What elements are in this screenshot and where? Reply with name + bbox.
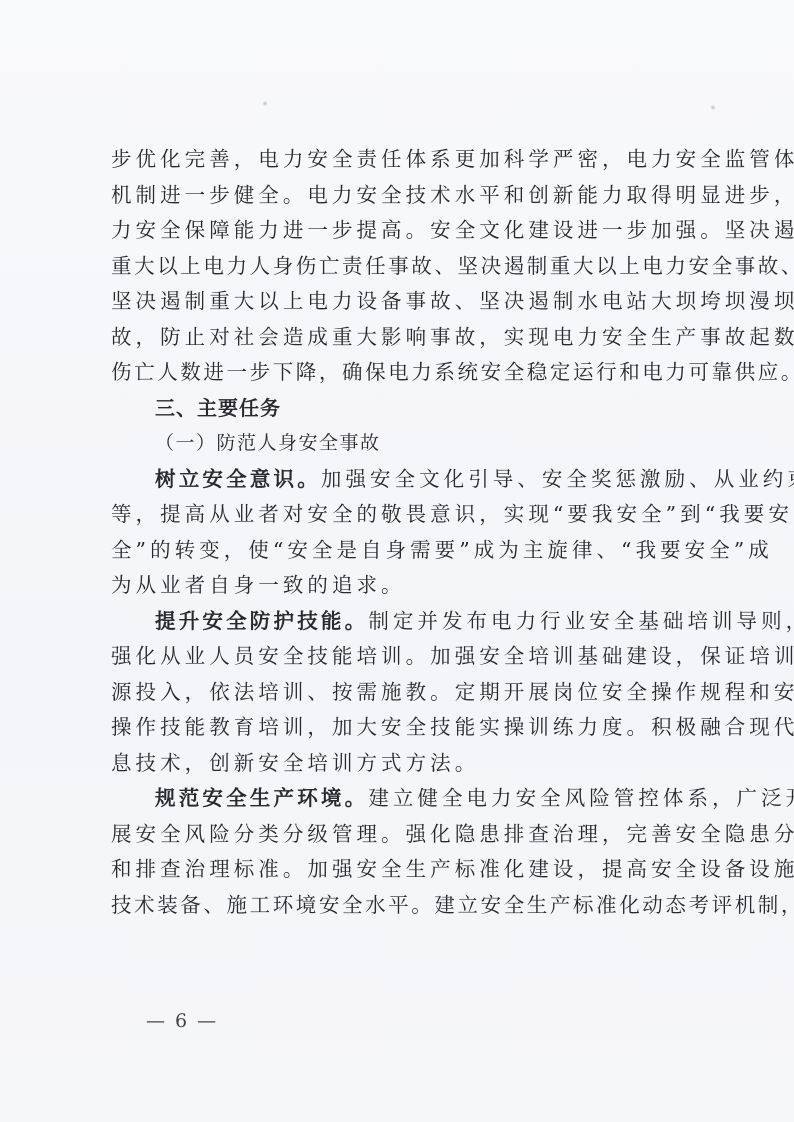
section-heading: 三、主要任务 bbox=[111, 391, 696, 427]
text-line: 和排查治理标准。加强安全生产标准化建设，提高安全设备设施、 bbox=[111, 852, 696, 888]
text-line: 技术装备、施工环境安全水平。建立安全生产标准化动态考评机制， bbox=[111, 888, 696, 924]
text-line: 为从业者自身一致的追求。 bbox=[111, 568, 696, 604]
text-line: 展安全风险分类分级管理。强化隐患排查治理，完善安全隐患分级 bbox=[111, 817, 696, 853]
paragraph-lead: 提升安全防护技能。 bbox=[155, 609, 368, 633]
scan-speck bbox=[710, 105, 716, 110]
paragraph-text: 建立健全电力安全风险管控体系，广泛开 bbox=[368, 786, 794, 810]
text-line: 全”的转变，使“安全是自身需要”成为主旋律、“我要安全”成 bbox=[111, 533, 696, 569]
text-line: 息技术，创新安全培训方式方法。 bbox=[111, 746, 696, 782]
paragraph-lead: 树立安全意识。 bbox=[155, 467, 321, 491]
text-line: 伤亡人数进一步下降，确保电力系统安全稳定运行和电力可靠供应。 bbox=[111, 355, 696, 391]
text-line: 机制进一步健全。电力安全技术水平和创新能力取得明显进步，电 bbox=[111, 178, 696, 214]
paragraph-first-line: 规范安全生产环境。建立健全电力安全风险管控体系，广泛开 bbox=[111, 781, 696, 817]
paragraph-text: 加强安全文化引导、安全奖惩激励、从业约束 bbox=[321, 467, 794, 491]
paragraph-text: 制定并发布电力行业安全基础培训导则， bbox=[368, 609, 794, 633]
text-line: 坚决遏制重大以上电力设备事故、坚决遏制水电站大坝垮坝漫坝事 bbox=[111, 284, 696, 320]
subsection-heading: （一）防范人身安全事故 bbox=[111, 426, 696, 462]
text-line: 故，防止对社会造成重大影响事故，实现电力安全生产事故起数和 bbox=[111, 320, 696, 356]
text-line: 源投入，依法培训、按需施教。定期开展岗位安全操作规程和安全 bbox=[111, 675, 696, 711]
paragraph-lead: 规范安全生产环境。 bbox=[155, 786, 368, 810]
text-line: 重大以上电力人身伤亡责任事故、坚决遏制重大以上电力安全事故、 bbox=[111, 249, 696, 285]
text-line: 操作技能教育培训，加大安全技能实操训练力度。积极融合现代信 bbox=[111, 710, 696, 746]
body-text: 步优化完善，电力安全责任体系更加科学严密，电力安全监管体制 机制进一步健全。电力… bbox=[111, 142, 696, 923]
document-page: 步优化完善，电力安全责任体系更加科学严密，电力安全监管体制 机制进一步健全。电力… bbox=[0, 0, 794, 1122]
paragraph-first-line: 树立安全意识。加强安全文化引导、安全奖惩激励、从业约束 bbox=[111, 462, 696, 498]
text-line: 强化从业人员安全技能培训。加强安全培训基础建设，保证培训资 bbox=[111, 639, 696, 675]
scan-speck bbox=[262, 101, 268, 106]
text-line: 等，提高从业者对安全的敬畏意识，实现“要我安全”到“我要安 bbox=[111, 497, 696, 533]
paragraph-first-line: 提升安全防护技能。制定并发布电力行业安全基础培训导则， bbox=[111, 604, 696, 640]
text-line: 力安全保障能力进一步提高。安全文化建设进一步加强。坚决遏制 bbox=[111, 213, 696, 249]
text-line: 步优化完善，电力安全责任体系更加科学严密，电力安全监管体制 bbox=[111, 142, 696, 178]
page-number: — 6 — bbox=[146, 1010, 218, 1032]
